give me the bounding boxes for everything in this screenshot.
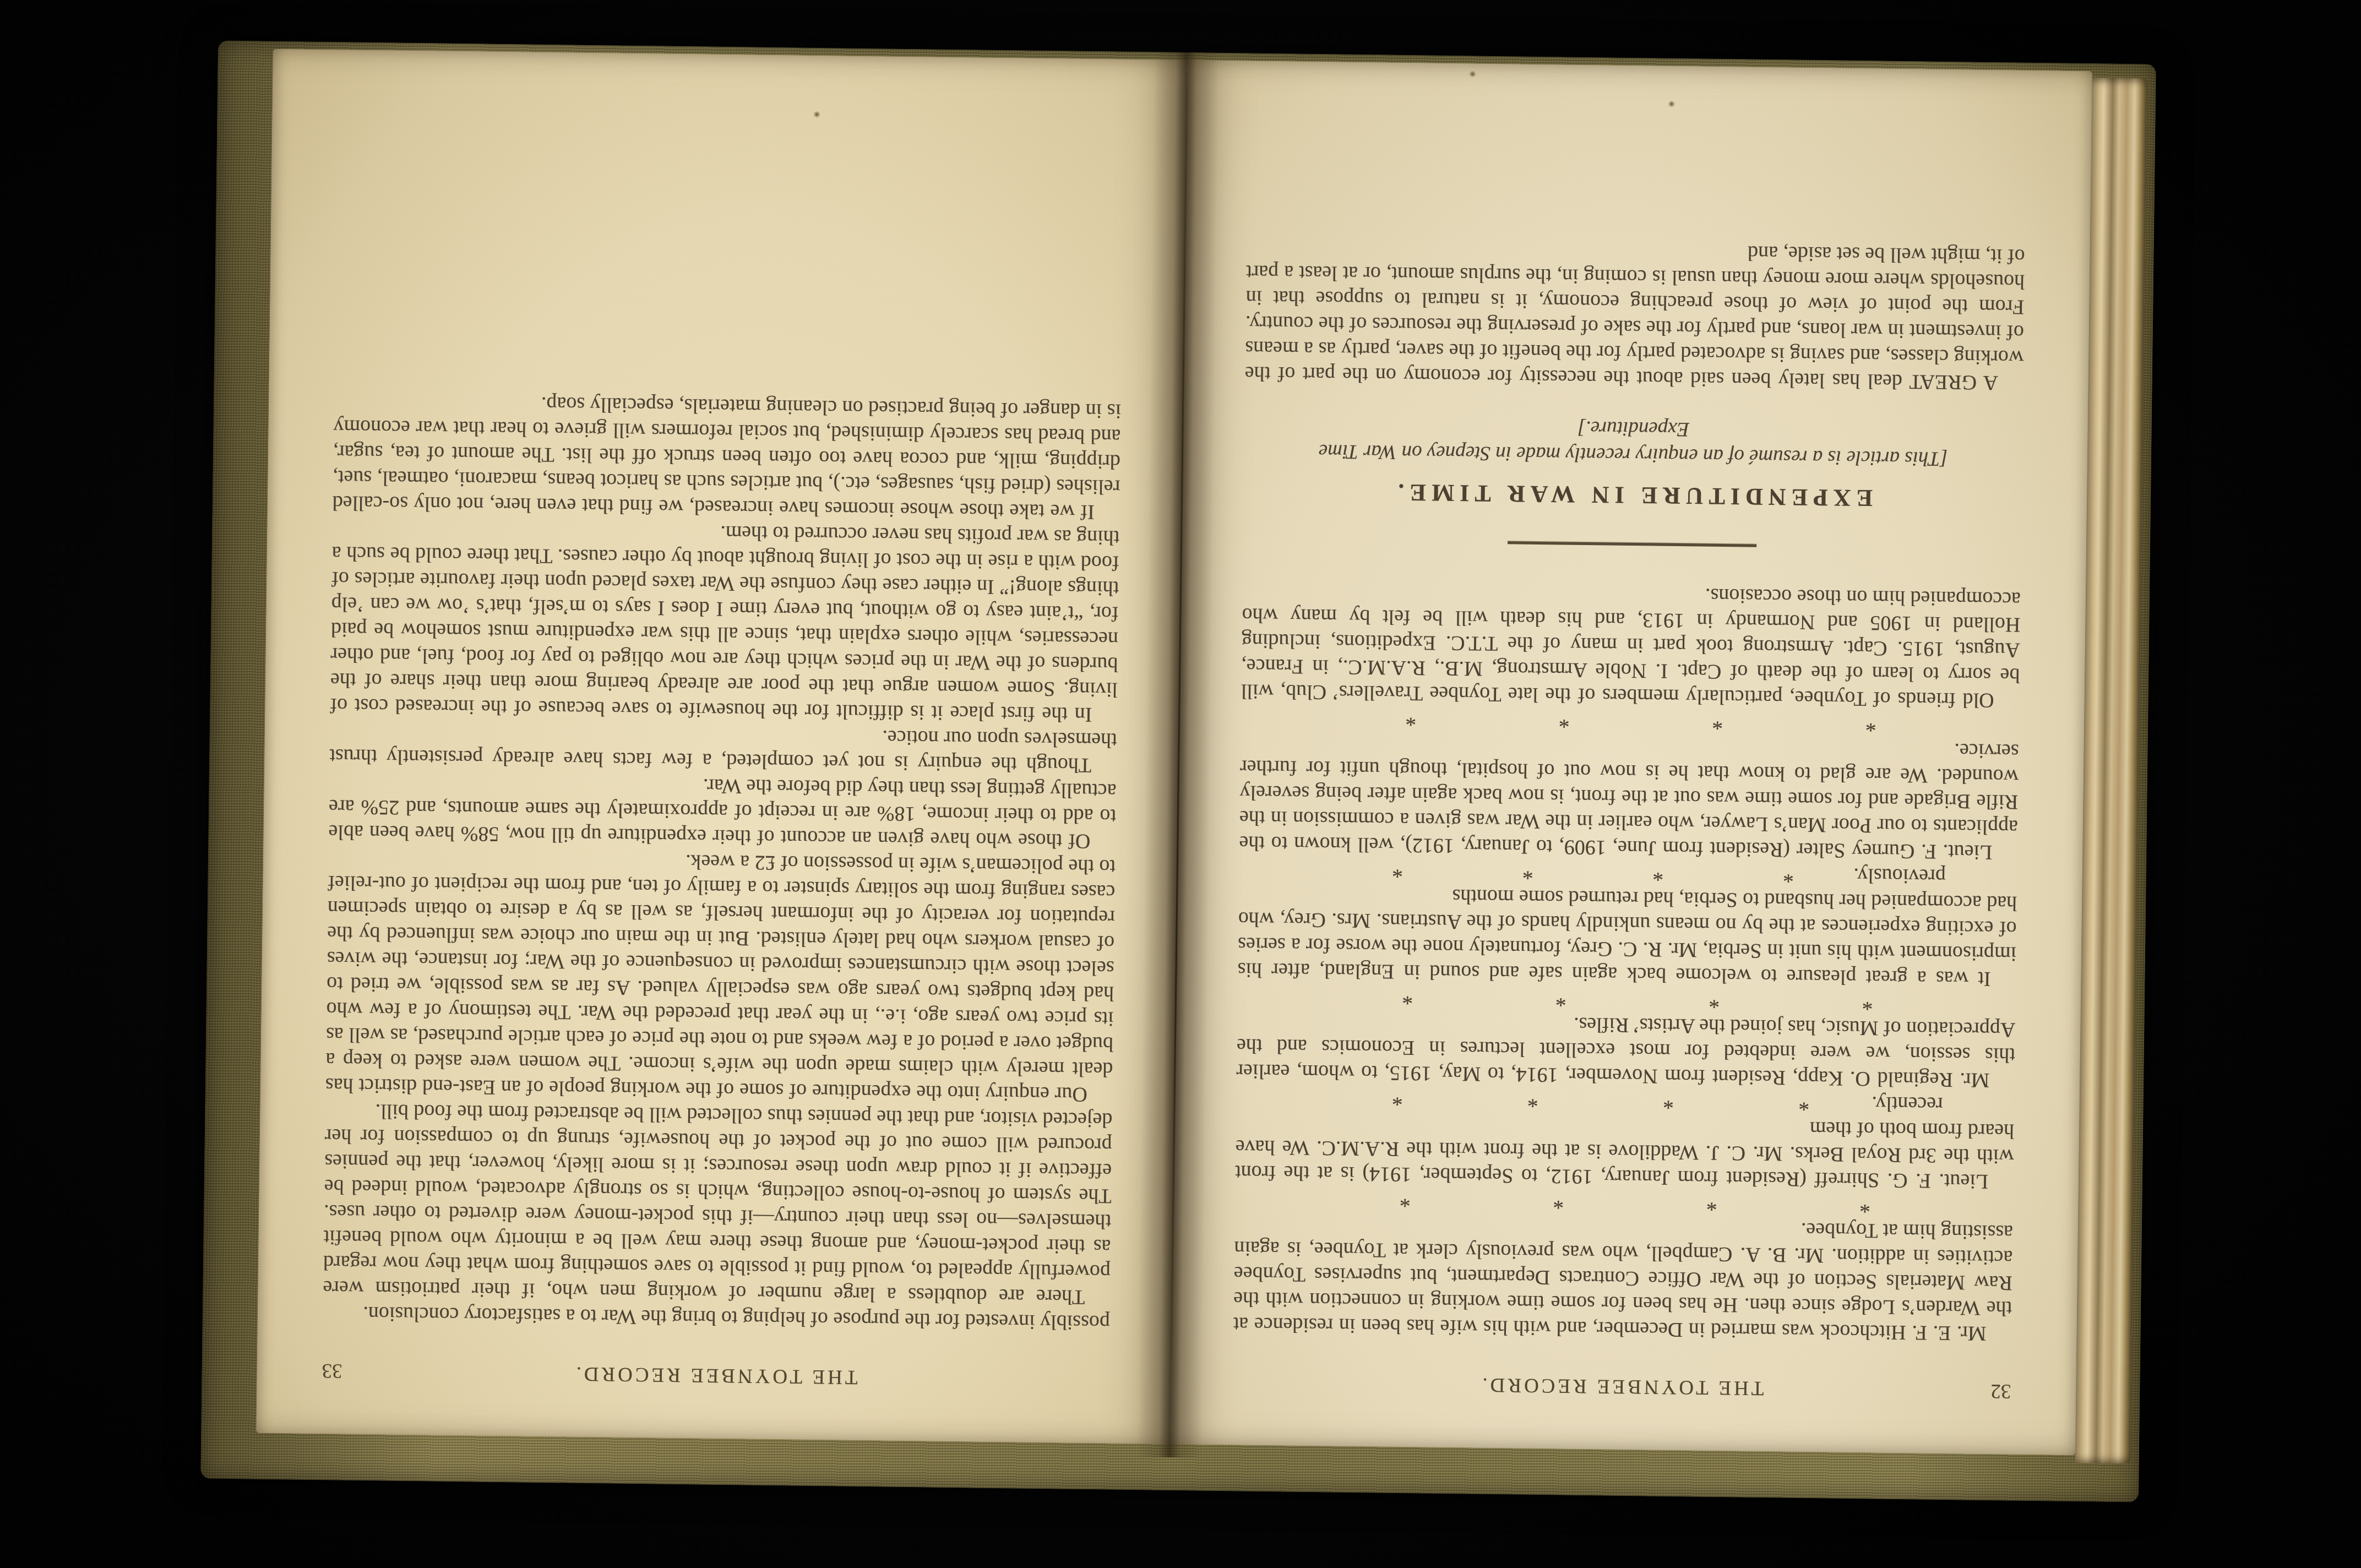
- asterisk-icon: *: [1736, 1090, 1872, 1117]
- asterisk-icon: *: [1641, 709, 1794, 736]
- paragraph: Mr. Reginald O. Kapp, Resident from Nove…: [1236, 1008, 2016, 1093]
- paragraph: Of those who have given an account of th…: [328, 769, 1117, 854]
- page-33: THE TOYNBEE RECORD. 33 possibly invested…: [256, 49, 1187, 1444]
- paragraph: There are doubtless a large number of wo…: [323, 1098, 1112, 1310]
- asterisk-icon: *: [1334, 705, 1488, 732]
- paragraph: A GREAT deal has lately been said about …: [1245, 234, 2025, 395]
- asterisk-icon: *: [1484, 986, 1638, 1012]
- separator-prefix: previously.: [1853, 863, 1946, 889]
- page-33-header: THE TOYNBEE RECORD. 33: [322, 1358, 1109, 1392]
- asterisk-icon: *: [1331, 983, 1484, 1010]
- page-32-header: 32 THE TOYNBEE RECORD.: [1232, 1369, 2011, 1403]
- article-title: EXPENDITURE IN WAR TIME.: [1243, 477, 2022, 512]
- book: 32 THE TOYNBEE RECORD. Mr. E. F. Hitchco…: [200, 41, 2156, 1502]
- separator-prefix: recently.: [1872, 1091, 1943, 1117]
- asterisk-icon: *: [1791, 989, 1944, 1016]
- asterisk-icon: *: [1788, 1192, 1942, 1219]
- paragraph: Our enquiry into the expenditure of some…: [325, 845, 1116, 1107]
- paragraph: Though the enquiry is not yet completed,…: [329, 718, 1117, 778]
- foxing-speck: [813, 111, 820, 118]
- page-number: 33: [322, 1358, 405, 1384]
- paragraph: Lieut. F. Gurney Salter (Resident from J…: [1239, 729, 2019, 865]
- running-title: THE TOYNBEE RECORD.: [1315, 1370, 1928, 1403]
- asterisk-icon: *: [1332, 857, 1463, 884]
- asterisk-icon: *: [1723, 862, 1853, 889]
- paragraph: Mr. E. F. Hitchcock was married in Decem…: [1233, 1210, 2013, 1346]
- paragraph: In the first place it is difficult for t…: [330, 515, 1119, 727]
- asterisk-icon: *: [1638, 987, 1791, 1014]
- section-rule: [1508, 541, 1756, 547]
- paragraph: Old friends of Toynbee, particularly mem…: [1241, 577, 2021, 713]
- paragraph: It was a great pleasure to welcome back …: [1237, 881, 2017, 992]
- asterisk-icon: *: [1465, 1086, 1601, 1113]
- asterisk-icon: *: [1462, 858, 1593, 885]
- article-subtitle-note: [This article is a resumé of an enquiry …: [1267, 411, 2000, 472]
- asterisk-icon: *: [1482, 1188, 1635, 1215]
- page-32: 32 THE TOYNBEE RECORD. Mr. E. F. Hitchco…: [1170, 60, 2092, 1455]
- asterisk-icon: *: [1794, 711, 1947, 738]
- foxing-speck: [1668, 101, 1675, 107]
- asterisk-icon: *: [1601, 1088, 1737, 1115]
- header-spacer: [1233, 1375, 1315, 1376]
- paragraph: If we take those whose incomes have incr…: [333, 389, 1122, 525]
- paragraph: Lieut. F. G. Shirreff (Resident from Jan…: [1235, 1109, 2015, 1194]
- asterisk-icon: *: [1487, 707, 1641, 734]
- running-title: THE TOYNBEE RECORD.: [404, 1359, 1026, 1392]
- asterisk-icon: *: [1329, 1085, 1465, 1112]
- page-number: 32: [1928, 1378, 2011, 1404]
- header-spacer: [1027, 1373, 1109, 1374]
- asterisk-icon: *: [1635, 1190, 1788, 1217]
- asterisk-icon: *: [1328, 1186, 1482, 1213]
- asterisk-icon: *: [1593, 860, 1723, 887]
- photo-background: 32 THE TOYNBEE RECORD. Mr. E. F. Hitchco…: [0, 0, 2361, 1568]
- foxing-speck: [1469, 70, 1477, 77]
